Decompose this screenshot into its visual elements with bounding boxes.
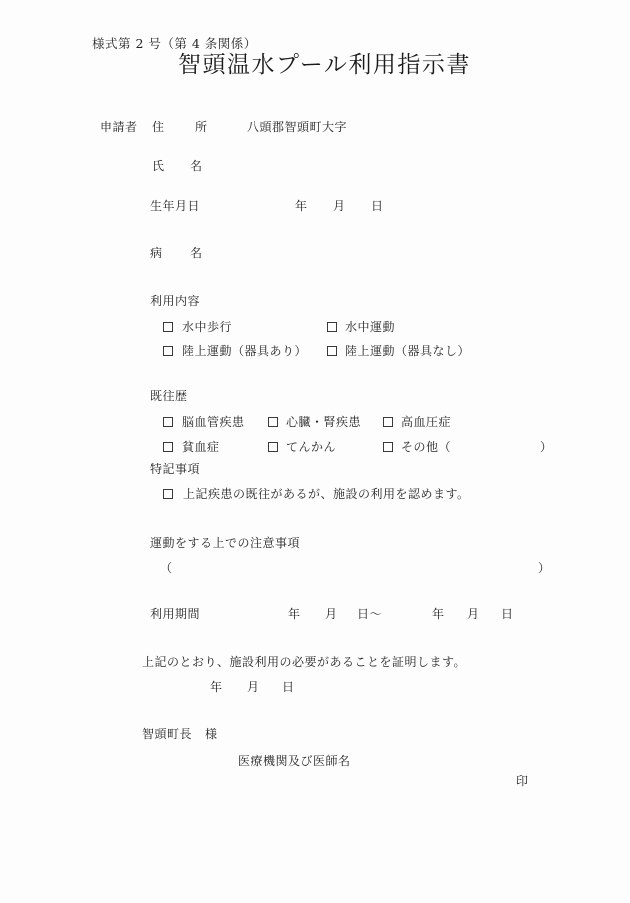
history-item-heart-kidney: 心臓・腎疾患	[286, 415, 361, 429]
period-start-day-label: 日～	[357, 607, 382, 621]
address-value: 八頭郡智頭町大字	[247, 120, 347, 134]
name-label-mei: 名	[190, 159, 203, 173]
address-label-ju: 住	[152, 120, 165, 134]
birthdate-month-label: 月	[333, 199, 346, 213]
period-end-year-label: 年	[432, 607, 445, 621]
certify-month-label: 月	[247, 680, 260, 694]
checkbox-heart-kidney[interactable]	[268, 417, 278, 427]
period-start-year-label: 年	[288, 607, 301, 621]
addressee-label: 智頭町長	[142, 727, 192, 741]
disease-label-byo: 病	[150, 246, 163, 260]
notes-close-paren: ）	[538, 561, 551, 575]
usage-item-water-walking: 水中歩行	[182, 320, 232, 334]
birthdate-year-label: 年	[295, 199, 308, 213]
history-item-other: その他（	[401, 440, 451, 454]
checkbox-water-walking[interactable]	[163, 322, 173, 332]
checkbox-hypertension[interactable]	[383, 417, 393, 427]
checkbox-other[interactable]	[383, 442, 393, 452]
document-page: 様式第 2 号（第 4 条関係） 智頭温水プール利用指示書 申請者 住 所 八頭…	[0, 0, 630, 903]
certify-day-label: 日	[282, 680, 295, 694]
usage-item-land-with-equipment: 陸上運動（器具あり）	[182, 344, 307, 358]
seal-mark: 印	[516, 774, 529, 788]
certify-statement: 上記のとおり、施設利用の必要があることを証明します。	[142, 655, 466, 669]
period-end-month-label: 月	[467, 607, 480, 621]
notes-open-paren: （	[160, 561, 173, 575]
page-title: 智頭温水プール利用指示書	[178, 58, 471, 72]
history-heading: 既往歴	[150, 389, 188, 403]
address-label-sho: 所	[195, 120, 208, 134]
notes-heading: 運動をする上での注意事項	[150, 536, 300, 550]
history-item-anemia: 貧血症	[182, 440, 220, 454]
checkbox-approval[interactable]	[163, 489, 173, 499]
history-other-close-paren: ）	[540, 440, 553, 454]
disease-label-mei: 名	[190, 246, 203, 260]
period-start-month-label: 月	[325, 607, 338, 621]
checkbox-land-exercise-with-equipment[interactable]	[163, 346, 173, 356]
checkbox-cerebrovascular[interactable]	[163, 417, 173, 427]
addressee-honorific: 様	[205, 727, 218, 741]
certify-year-label: 年	[210, 680, 223, 694]
birthdate-day-label: 日	[371, 199, 384, 213]
birthdate-label: 生年月日	[150, 199, 200, 213]
name-label-shi: 氏	[152, 159, 165, 173]
period-label: 利用期間	[150, 607, 200, 621]
usage-item-land-without-equipment: 陸上運動（器具なし）	[345, 344, 470, 358]
checkbox-land-exercise-without-equipment[interactable]	[327, 346, 337, 356]
history-item-epilepsy: てんかん	[286, 440, 336, 454]
history-item-cerebrovascular: 脳血管疾患	[182, 415, 245, 429]
usage-heading: 利用内容	[150, 294, 200, 308]
doctor-name-label: 医療機関及び医師名	[238, 754, 351, 768]
period-end-day-label: 日	[501, 607, 514, 621]
checkbox-water-exercise[interactable]	[327, 322, 337, 332]
history-item-hypertension: 高血圧症	[401, 415, 451, 429]
usage-item-water-exercise: 水中運動	[345, 320, 395, 334]
special-heading: 特記事項	[150, 462, 200, 476]
checkbox-anemia[interactable]	[163, 442, 173, 452]
form-number: 様式第 2 号（第 4 条関係）	[92, 37, 257, 51]
special-item: 上記疾患の既往があるが、施設の利用を認めます。	[183, 487, 470, 501]
checkbox-epilepsy[interactable]	[268, 442, 278, 452]
applicant-label: 申請者	[100, 120, 138, 134]
